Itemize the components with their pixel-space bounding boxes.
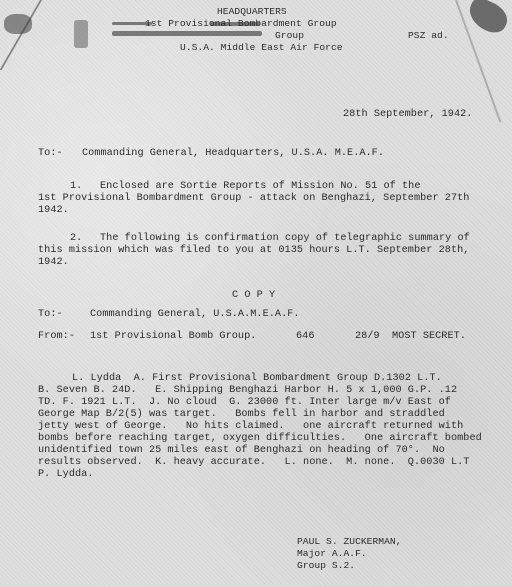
paragraph-2-line: this mission which was filed to you at 0… xyxy=(38,245,469,257)
paragraph-1-line: 1st Provisional Bombardment Group - atta… xyxy=(38,193,469,205)
letterhead-group: Group xyxy=(275,30,304,42)
typist-initials: PSZ ad. xyxy=(408,30,449,42)
to-label: To:- xyxy=(38,148,63,160)
telegram-line: George Map B/2(5) was target. Bombs fell… xyxy=(38,409,445,421)
message-number: 646 xyxy=(296,331,315,343)
telegram-line: B. Seven B. 24D. E. Shipping Benghazi Ha… xyxy=(38,385,457,397)
telegram-line: unidentified town 25 miles east of Bengh… xyxy=(38,445,445,457)
telegram-line: P. Lydda. xyxy=(38,469,93,481)
letterhead-title: HEADQUARTERS xyxy=(217,6,287,18)
signature-rank: Major A.A.F. xyxy=(297,548,367,560)
paragraph-1-line: Enclosed are Sortie Reports of Mission N… xyxy=(100,181,421,193)
telegram-line: TD. F. 1921 L.T. J. No cloud G. 23000 ft… xyxy=(38,397,451,409)
ink-smudge xyxy=(4,14,32,34)
copy-to-label: To:- xyxy=(38,309,63,321)
paragraph-2-line: The following is confirmation copy of te… xyxy=(100,233,470,245)
paragraph-1-number: 1. xyxy=(70,181,82,193)
struck-out-text xyxy=(112,31,262,36)
signature-name: PAUL S. ZUCKERMAN, xyxy=(297,536,402,548)
letterhead-command: U.S.A. Middle East Air Force xyxy=(180,42,343,54)
paragraph-2-number: 2. xyxy=(70,233,82,245)
letterhead-unit: 1st Provisional Bombardment Group xyxy=(145,18,337,30)
copy-heading: C O P Y xyxy=(232,290,275,302)
ink-smudge xyxy=(74,20,88,48)
telegram-line: jetty west of George. No hits claimed. o… xyxy=(38,421,463,433)
copy-to-recipient: Commanding General, U.S.A.M.E.A.F. xyxy=(90,309,300,321)
paragraph-1-line: 1942. xyxy=(38,205,69,217)
signature-position: Group S.2. xyxy=(297,560,355,572)
page-fold-mark xyxy=(0,0,42,70)
telegram-line: bombs before reaching target, oxygen dif… xyxy=(38,433,482,445)
classification: MOST SECRET. xyxy=(392,331,466,343)
to-recipient: Commanding General, Headquarters, U.S.A.… xyxy=(82,148,384,160)
copy-from-sender: 1st Provisional Bomb Group. xyxy=(90,331,256,343)
telegram-line: L. Lydda A. First Provisional Bombardmen… xyxy=(72,373,442,385)
copy-from-label: From:- xyxy=(38,331,75,343)
ink-smudge xyxy=(464,0,512,37)
document-date: 28th September, 1942. xyxy=(343,109,472,121)
paragraph-2-line: 1942. xyxy=(38,257,69,269)
message-date: 28/9 xyxy=(355,331,380,343)
telegram-line: results observed. K. heavy accurate. L. … xyxy=(38,457,469,469)
